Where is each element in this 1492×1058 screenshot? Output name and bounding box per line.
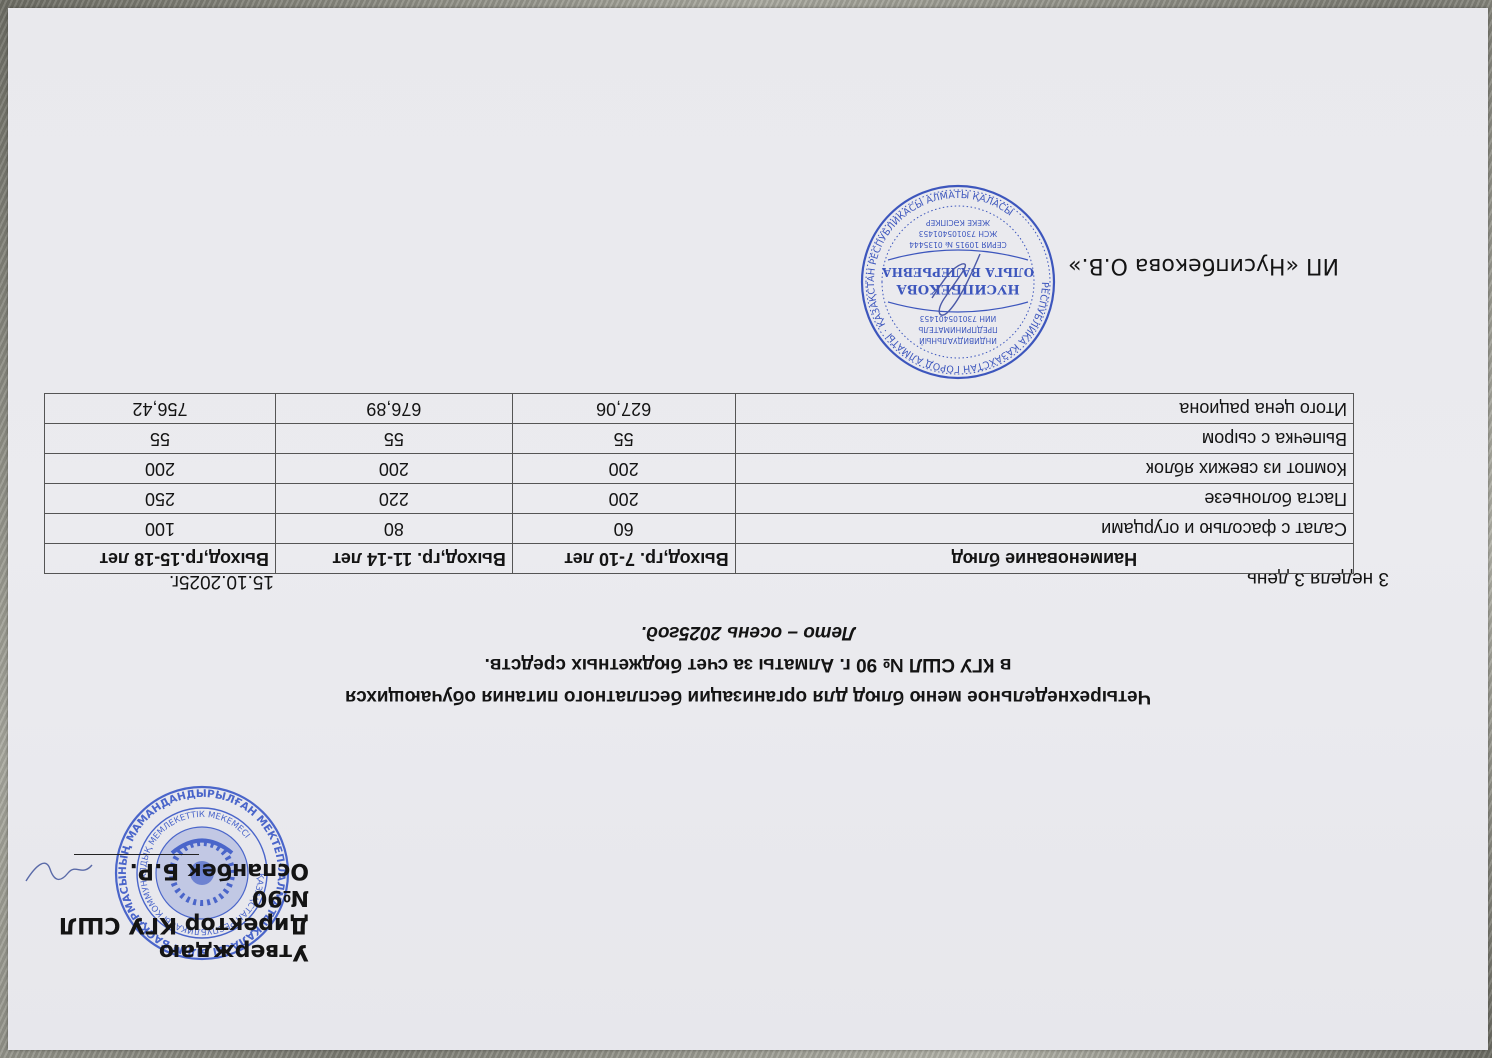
supplier-stamp-bottom-2: ЖСН 730105401453	[918, 229, 997, 238]
supplier-name: ИП «Нусипбекова О.В.»	[1068, 253, 1339, 278]
supplier-stamp-top-2: ПРЕДПРИНИМАТЕЛЬ	[918, 325, 998, 334]
approval-label: Утверждаю	[8, 938, 309, 965]
dish-name: Выпечка с сыром	[735, 424, 1353, 454]
approval-director: Директор КГУ СШЛ №90	[8, 884, 309, 938]
dish-name: Компот из свежих яблок	[735, 454, 1353, 484]
signature-line	[74, 854, 199, 855]
supplier-stamp-name-2: ОЛЬГА ВАЛЕРЬЕВНА	[882, 265, 1034, 279]
supplier-stamp: РЕСПУБЛИКА КАЗАХСТАН ГОРОД АЛМАТЫ · ҚАЗА…	[858, 182, 1058, 382]
portion-15-18: 100	[45, 514, 276, 544]
supplier-stamp-top-1: ИНДИВИДУАЛЬНЫЙ	[919, 336, 997, 345]
director-signature	[24, 859, 94, 885]
table-row: Паста болоньезе 200 220 250	[45, 484, 1354, 514]
supplier-stamp-name-1: НУСИПБЕКОВА	[896, 281, 1020, 296]
portion-11-14: 220	[275, 484, 512, 514]
portion-11-14: 55	[275, 424, 512, 454]
supplier-stamp-top-3: ИИН 730105401453	[920, 314, 997, 323]
total-11-14: 676,89	[275, 394, 512, 424]
header-dish-name: Наименование блюд	[735, 544, 1353, 574]
document-title-line-2: в КГУ СШЛ № 90 г. Алматы за счет бюджетн…	[8, 653, 1488, 675]
table-total-row: Итого цена рациона 627,06 676,89 756,42	[45, 394, 1354, 424]
document-page: Утверждаю Директор КГУ СШЛ №90 Оспанбек …	[8, 8, 1488, 1050]
header-portion-15-18: Выход,гр.15-18 лет	[45, 544, 276, 574]
supplier-stamp-bottom-3: ЖЕКЕ КӘСІПКЕР	[925, 218, 990, 227]
portion-7-10: 200	[512, 484, 735, 514]
table-row: Салат с фасолью и огурцами 60 80 100	[45, 514, 1354, 544]
portion-7-10: 55	[512, 424, 735, 454]
portion-15-18: 55	[45, 424, 276, 454]
dish-name: Салат с фасолью и огурцами	[735, 514, 1353, 544]
header-portion-11-14: Выход,гр. 11-14 лет	[275, 544, 512, 574]
total-7-10: 627,06	[512, 394, 735, 424]
dish-name: Паста болоньезе	[735, 484, 1353, 514]
document-title-line-3: Лето – осень 2025год.	[8, 621, 1488, 643]
portion-11-14: 200	[275, 454, 512, 484]
total-15-18: 756,42	[45, 394, 276, 424]
menu-table: Наименование блюд Выход,гр. 7-10 лет Вых…	[44, 393, 1354, 574]
portion-15-18: 250	[45, 484, 276, 514]
approval-block: Утверждаю Директор КГУ СШЛ №90 Оспанбек …	[8, 854, 309, 965]
total-label: Итого цена рациона	[735, 394, 1353, 424]
table-row: Компот из свежих яблок 200 200 200	[45, 454, 1354, 484]
table-row: Выпечка с сыром 55 55 55	[45, 424, 1354, 454]
header-portion-7-10: Выход,гр. 7-10 лет	[512, 544, 735, 574]
portion-7-10: 200	[512, 454, 735, 484]
table-header-row: Наименование блюд Выход,гр. 7-10 лет Вых…	[45, 544, 1354, 574]
portion-7-10: 60	[512, 514, 735, 544]
document-title-line-1: Четырехнедельное меню блюд для организац…	[8, 685, 1488, 707]
portion-11-14: 80	[275, 514, 512, 544]
supplier-stamp-bottom-1: СЕРИЯ 10915 № 0135444	[909, 240, 1007, 249]
portion-15-18: 200	[45, 454, 276, 484]
